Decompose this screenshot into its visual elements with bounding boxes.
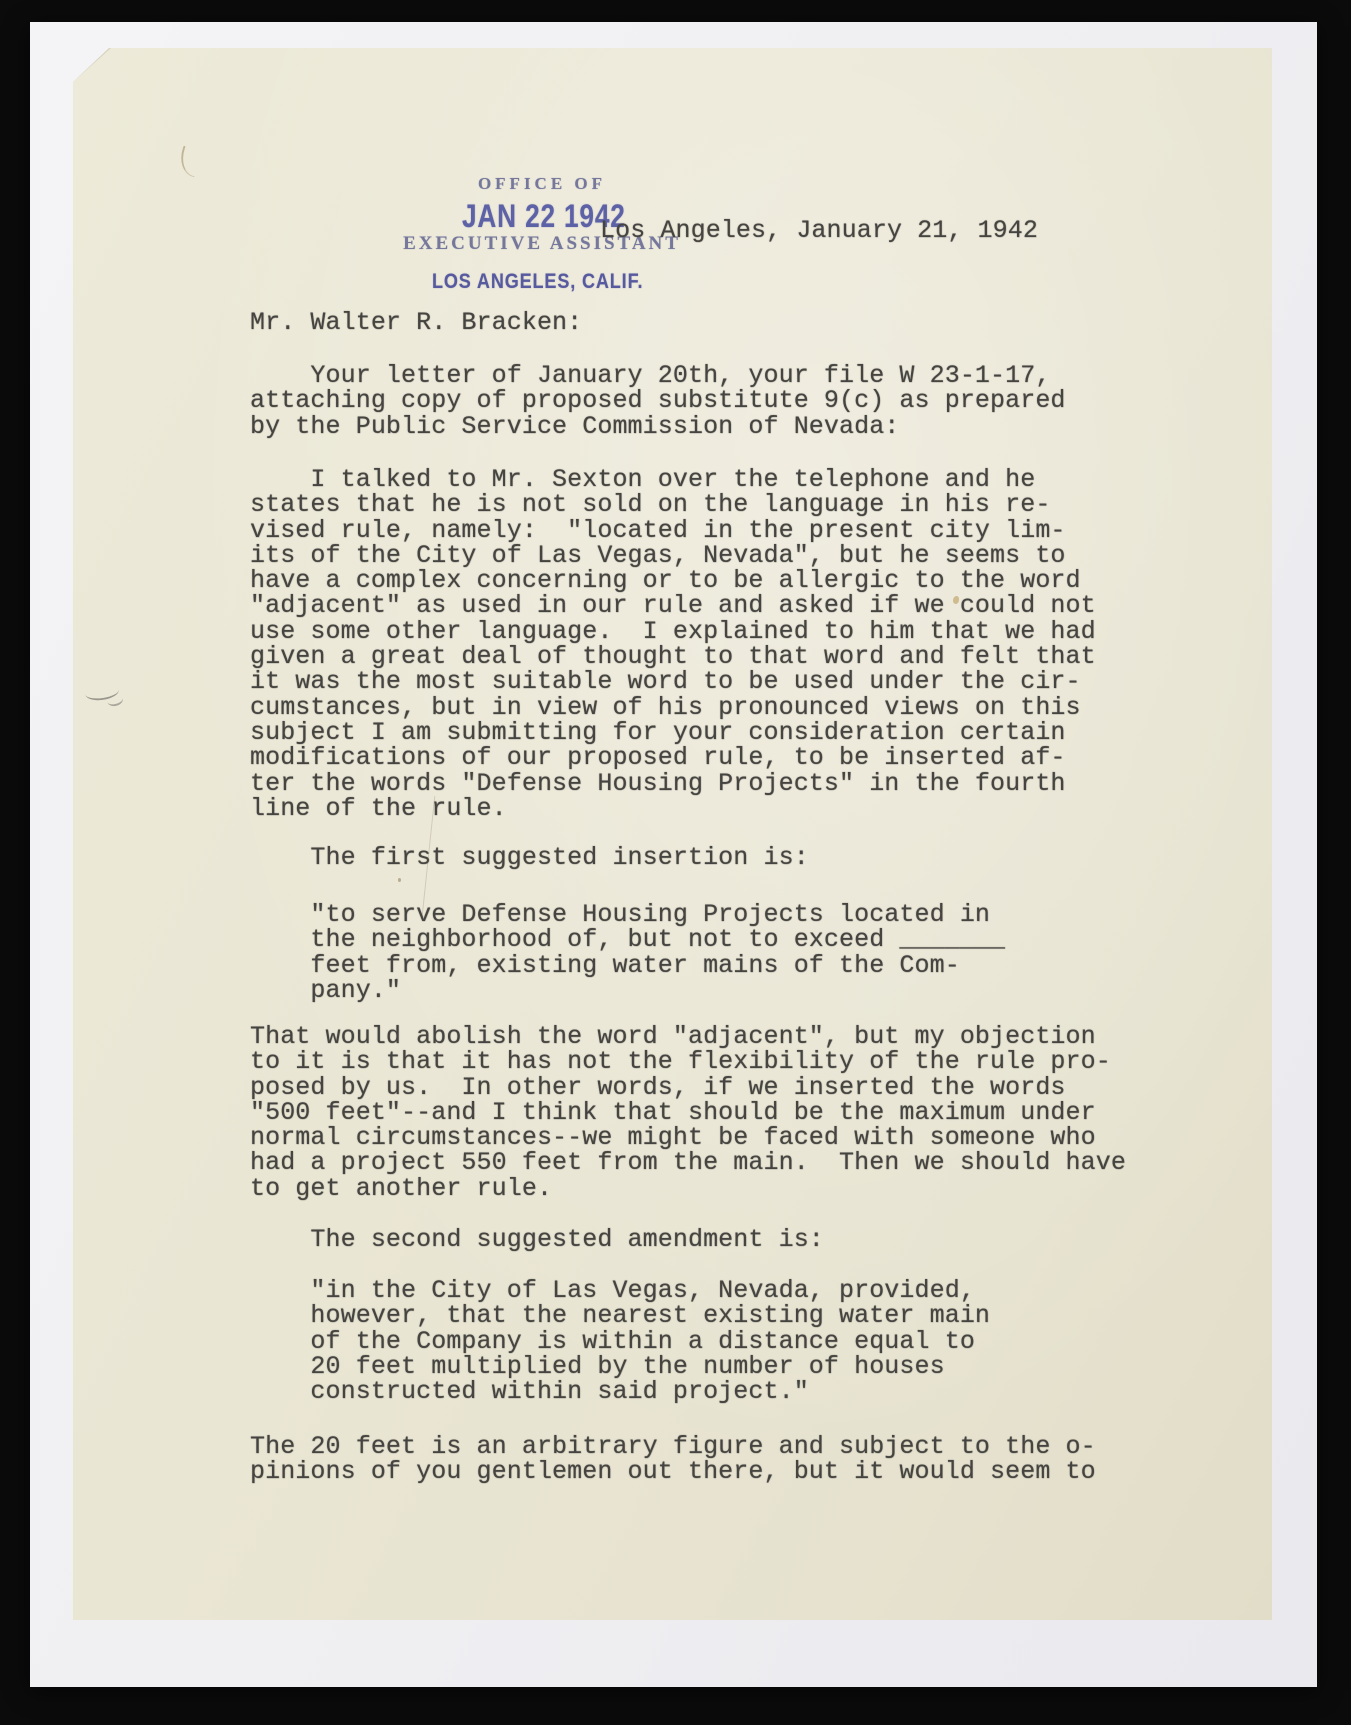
pencil-mark	[84, 682, 120, 703]
paragraph-2: I talked to Mr. Sexton over the telephon…	[250, 467, 1096, 821]
paragraph-3: That would abolish the word "adjacent", …	[250, 1024, 1126, 1201]
quoted-amendment: "in the City of Las Vegas, Nevada, provi…	[250, 1278, 990, 1404]
paper-blemish	[398, 878, 401, 882]
scanned-letter-photo: { "scene": { "background_color": "#0b0b0…	[0, 0, 1351, 1725]
dateline: Los Angeles, January 21, 1942	[600, 218, 1038, 243]
location-stamp: LOS ANGELES, CALIF.	[432, 270, 643, 294]
paper-blemish	[175, 146, 202, 178]
quoted-insertion: "to serve Defense Housing Projects locat…	[250, 902, 1005, 1003]
paragraph-1: Your letter of January 20th, your file W…	[250, 363, 1066, 439]
office-stamp-line1: OFFICE OF	[377, 174, 707, 194]
salutation: Mr. Walter R. Bracken:	[250, 310, 582, 335]
letter-paper: OFFICE OF EXECUTIVE ASSISTANT JAN 22 194…	[73, 48, 1272, 1620]
insertion-intro: The first suggested insertion is:	[250, 845, 809, 870]
paragraph-4: The 20 feet is an arbitrary figure and s…	[250, 1434, 1096, 1485]
pencil-mark	[106, 692, 124, 708]
amendment-intro: The second suggested amendment is:	[250, 1227, 824, 1252]
